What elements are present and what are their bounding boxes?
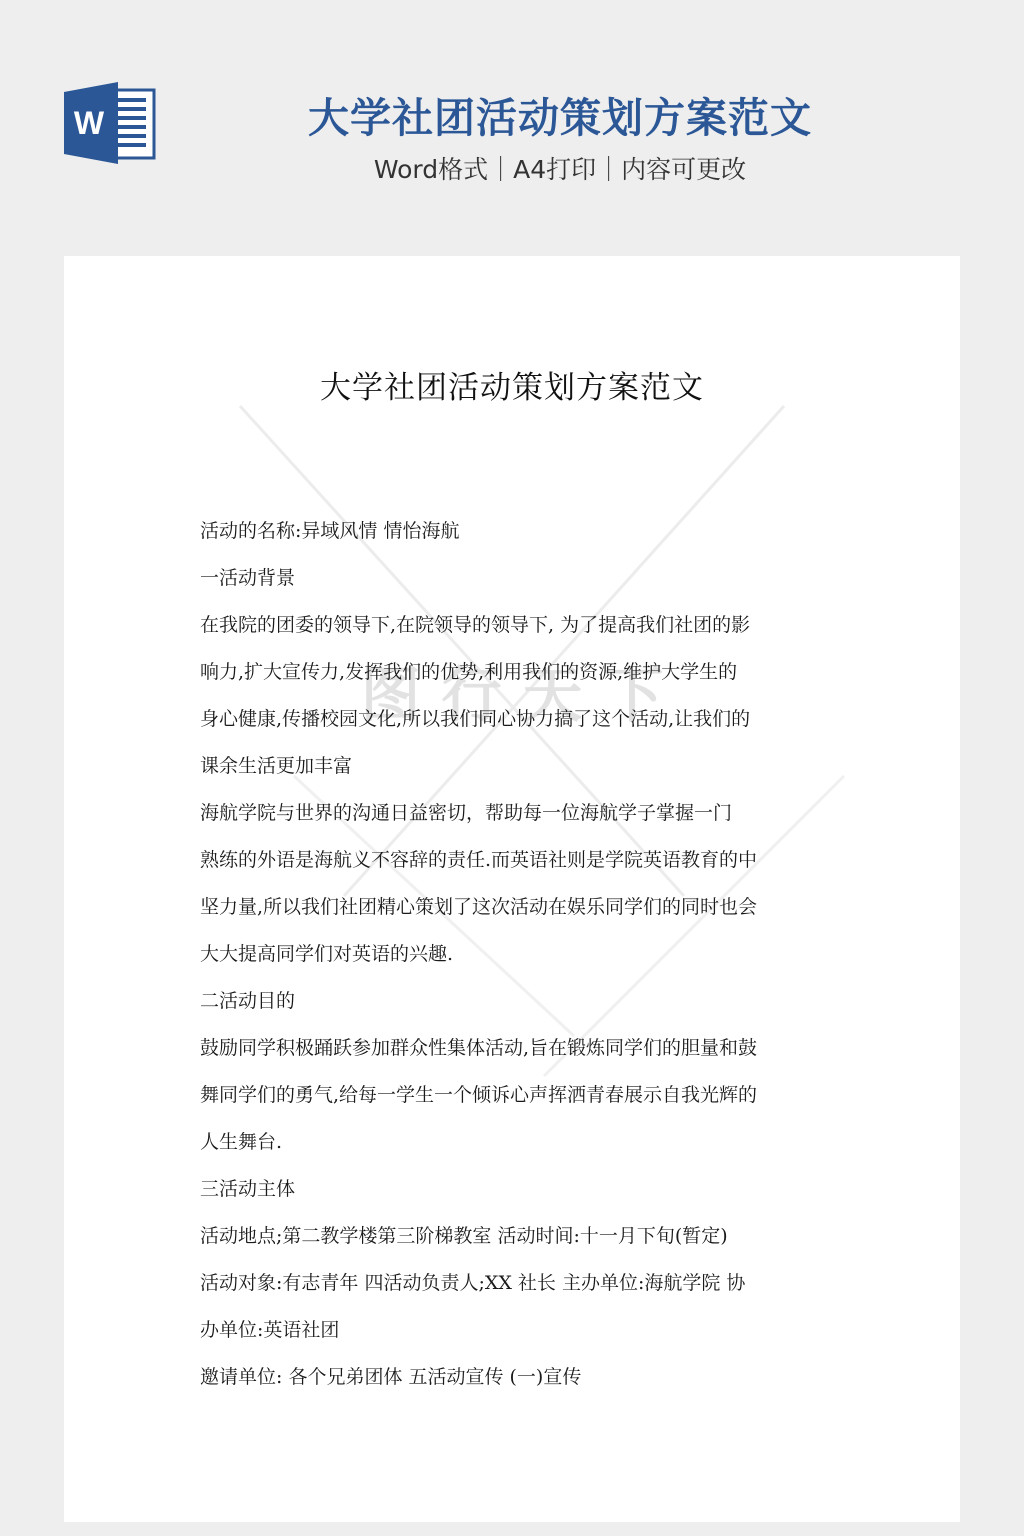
document-line: 人生舞台. — [200, 1119, 830, 1166]
section-heading: 二活动目的 — [200, 978, 830, 1025]
document-line: 邀请单位: 各个兄弟团体 五活动宣传 (一)宣传 — [200, 1354, 830, 1401]
document-line: 活动地点;第二教学楼第三阶梯教室 活动时间:十一月下旬(暂定) — [200, 1213, 830, 1260]
svg-text:W: W — [74, 105, 105, 141]
document-line: 大大提高同学们对英语的兴趣. — [200, 931, 830, 978]
document-line: 身心健康,传播校园文化,所以我们同心协力搞了这个活动,让我们的 — [200, 696, 830, 743]
document-line: 熟练的外语是海航义不容辞的责任.而英语社则是学院英语教育的中 — [200, 837, 830, 884]
header: W 大学社团活动策划方案范文 Word格式｜A4打印｜内容可更改 — [0, 0, 1024, 256]
document-line: 响力,扩大宣传力,发挥我们的优势,利用我们的资源,维护大学生的 — [200, 649, 830, 696]
document-line: 活动的名称:异域风情 情怡海航 — [200, 508, 830, 555]
word-document-icon: W — [64, 82, 156, 164]
section-heading: 一活动背景 — [200, 555, 830, 602]
document-page: 图 行 天 下 大学社团活动策划方案范文 活动的名称:异域风情 情怡海航 一活动… — [64, 256, 960, 1522]
document-line: 办单位:英语社团 — [200, 1307, 830, 1354]
document-title: 大学社团活动策划方案范文 — [64, 366, 960, 410]
document-line: 坚力量,所以我们社团精心策划了这次活动在娱乐同学们的同时也会 — [200, 884, 830, 931]
document-line: 在我院的团委的领导下,在院领导的领导下, 为了提高我们社团的影 — [200, 602, 830, 649]
document-line: 海航学院与世界的沟通日益密切，帮助每一位海航学子掌握一门 — [200, 790, 830, 837]
header-subtitle: Word格式｜A4打印｜内容可更改 — [300, 152, 820, 188]
document-line: 课余生活更加丰富 — [200, 743, 830, 790]
document-line: 活动对象:有志青年 四活动负责人;XX 社长 主办单位:海航学院 协 — [200, 1260, 830, 1307]
document-line: 鼓励同学积极踊跃参加群众性集体活动,旨在锻炼同学们的胆量和鼓 — [200, 1025, 830, 1072]
document-line: 舞同学们的勇气,给每一学生一个倾诉心声挥洒青春展示自我光辉的 — [200, 1072, 830, 1119]
document-body: 活动的名称:异域风情 情怡海航 一活动背景 在我院的团委的领导下,在院领导的领导… — [200, 508, 830, 1401]
section-heading: 三活动主体 — [200, 1166, 830, 1213]
header-title: 大学社团活动策划方案范文 — [300, 92, 820, 144]
